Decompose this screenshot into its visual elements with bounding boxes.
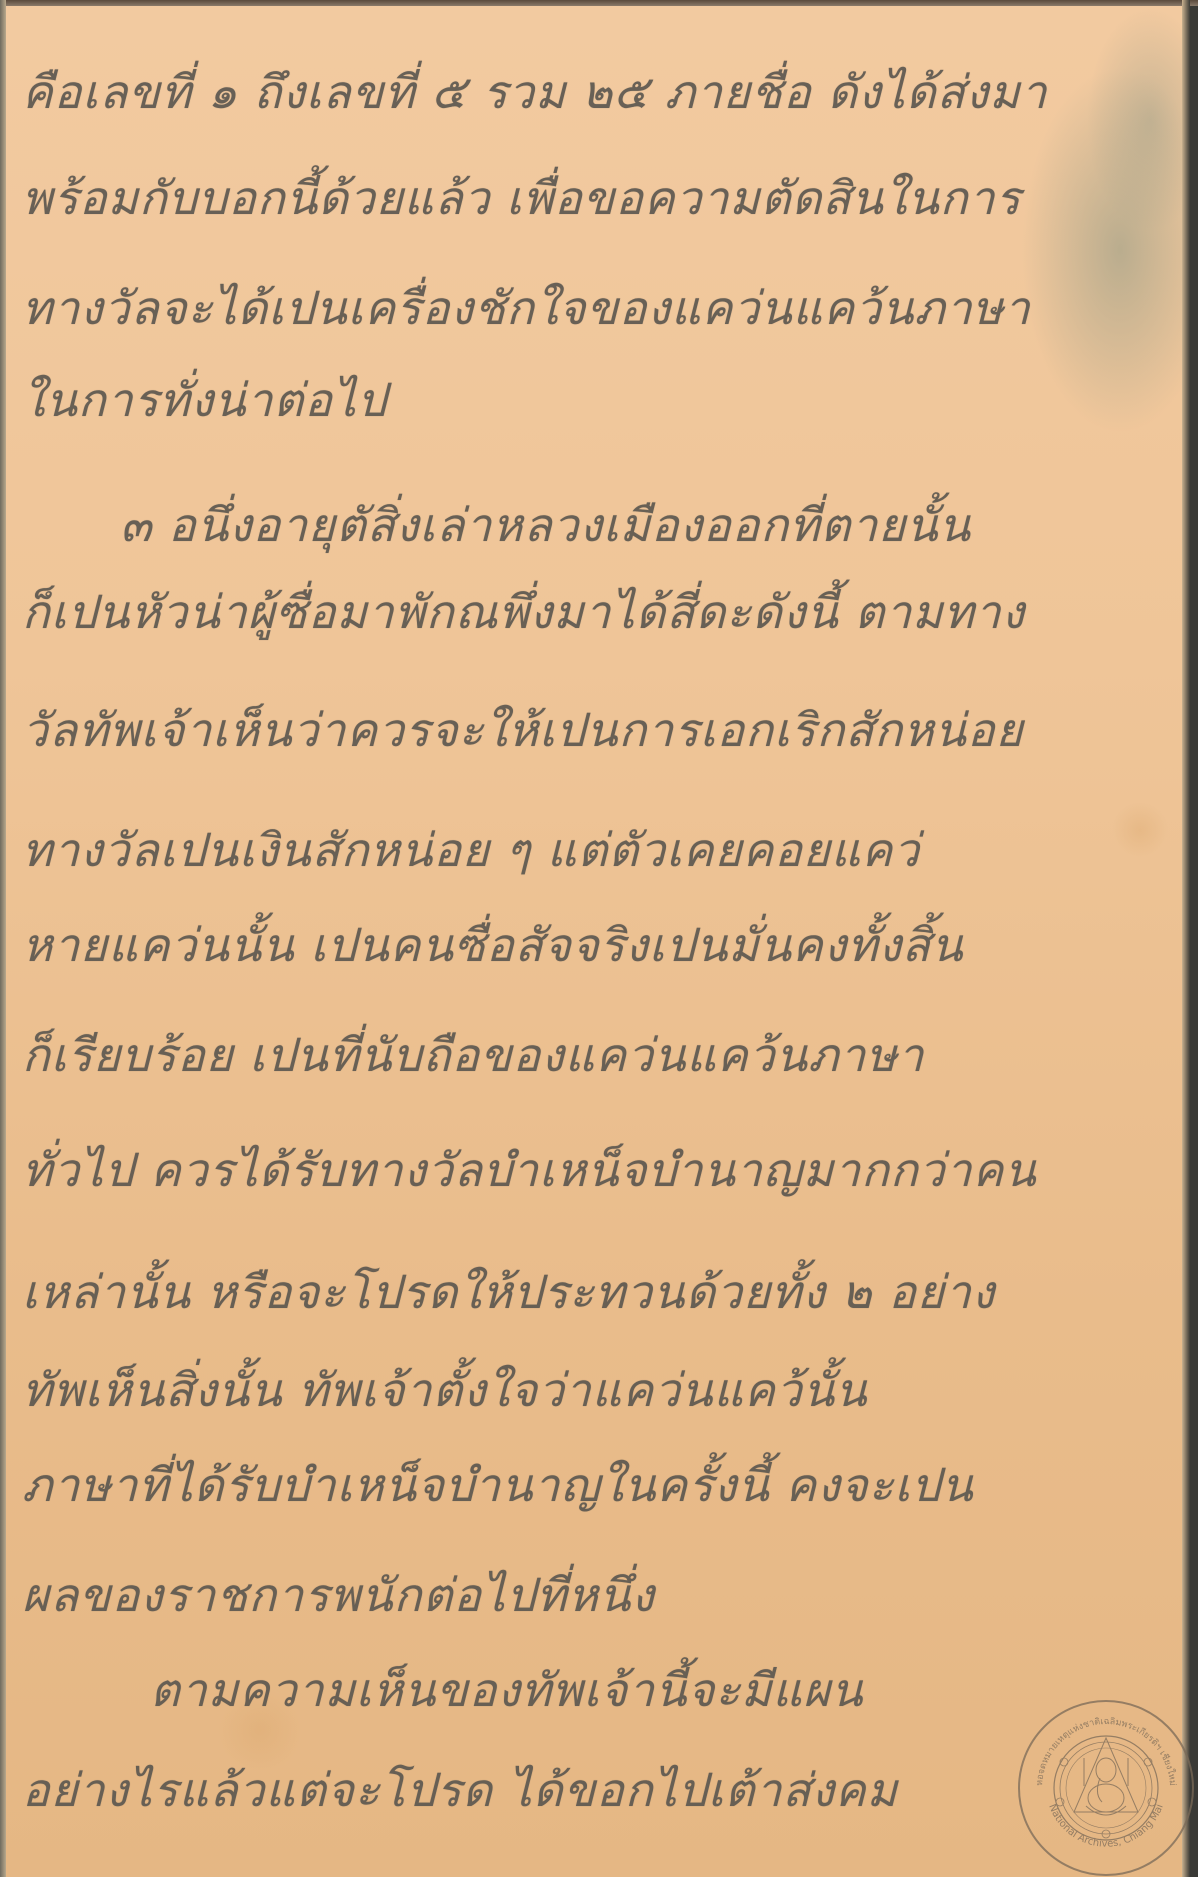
manuscript-line: ทัพเห็นสิ่งนั้น ทัพเจ้าตั้งใจว่าแคว่นแคว… <box>22 1360 868 1420</box>
scan-frame-right <box>1182 0 1190 1877</box>
manuscript-line: พร้อมกับบอกนี้ด้วยแล้ว เพื่อขอความตัดสิน… <box>22 168 1021 228</box>
manuscript-line: คือเลขที่ ๑ ถึงเลขที่ ๕ รวม ๒๕ ภายชื่อ ด… <box>22 62 1047 122</box>
document-page: คือเลขที่ ๑ ถึงเลขที่ ๕ รวม ๒๕ ภายชื่อ ด… <box>0 0 1190 1877</box>
ganesha-emblem-icon: หอจดหมายเหตุแห่งชาติเฉลิมพระเกียรติฯ เชี… <box>1020 1702 1192 1874</box>
manuscript-line: ก็เรียบร้อย เปนที่นับถือของแคว่นแคว้นภาษ… <box>22 1025 924 1085</box>
manuscript-line: ๓ อนึ่งอายุตัสิ่งเล่าหลวงเมืองออกที่ตายน… <box>120 495 971 555</box>
scan-frame-top <box>0 0 1198 6</box>
manuscript-line: ในการทั่งน่าต่อไป <box>22 370 387 430</box>
manuscript-line: เหล่านั้น หรือจะโปรดให้ประทวนด้วยทั้ง ๒ … <box>22 1262 995 1322</box>
manuscript-line: ทางวัลเปนเงินสักหน่อย ๆ แต่ตัวเคยคอยแคว่ <box>22 820 920 880</box>
svg-text:หอจดหมายเหตุแห่งชาติเฉลิมพระเก: หอจดหมายเหตุแห่งชาติเฉลิมพระเกียรติฯ เชี… <box>1035 1716 1177 1786</box>
manuscript-line: หายแคว่นนั้น เปนคนซื่อสัจจริงเปนมั่นคงทั… <box>22 915 964 975</box>
manuscript-line: ก็เปนหัวน่าผู้ซื่อมาพักณพึ่งมาได้สี่ดะดั… <box>22 582 1025 642</box>
manuscript-line: ภาษาที่ได้รับบำเหน็จบำนาญในครั้งนี้ คงจะ… <box>22 1455 974 1515</box>
manuscript-line: ทั่วไป ควรได้รับทางวัลบำเหน็จบำนาญมากกว่… <box>22 1140 1037 1200</box>
manuscript-line: ตามความเห็นของทัพเจ้านี้จะมีแผน <box>150 1660 863 1720</box>
manuscript-line: ทางวัลจะได้เปนเครื่องชักใจของแคว่นแคว้นภ… <box>22 278 1031 338</box>
manuscript-line: ผลของราชการพนักต่อไปที่หนึ่ง <box>22 1565 655 1625</box>
manuscript-line: อย่างไรแล้วแต่จะโปรด ได้ขอกไปเต้าส่งคม <box>22 1760 898 1820</box>
manuscript-line: วัลทัพเจ้าเห็นว่าควรจะให้เปนการเอกเริกสั… <box>22 700 1024 760</box>
svg-text:National Archives, Chiang Mai: National Archives, Chiang Mai <box>1046 1803 1166 1850</box>
archive-stamp: หอจดหมายเหตุแห่งชาติเฉลิมพระเกียรติฯ เชี… <box>1018 1700 1194 1876</box>
scan-frame-left <box>0 0 6 1877</box>
